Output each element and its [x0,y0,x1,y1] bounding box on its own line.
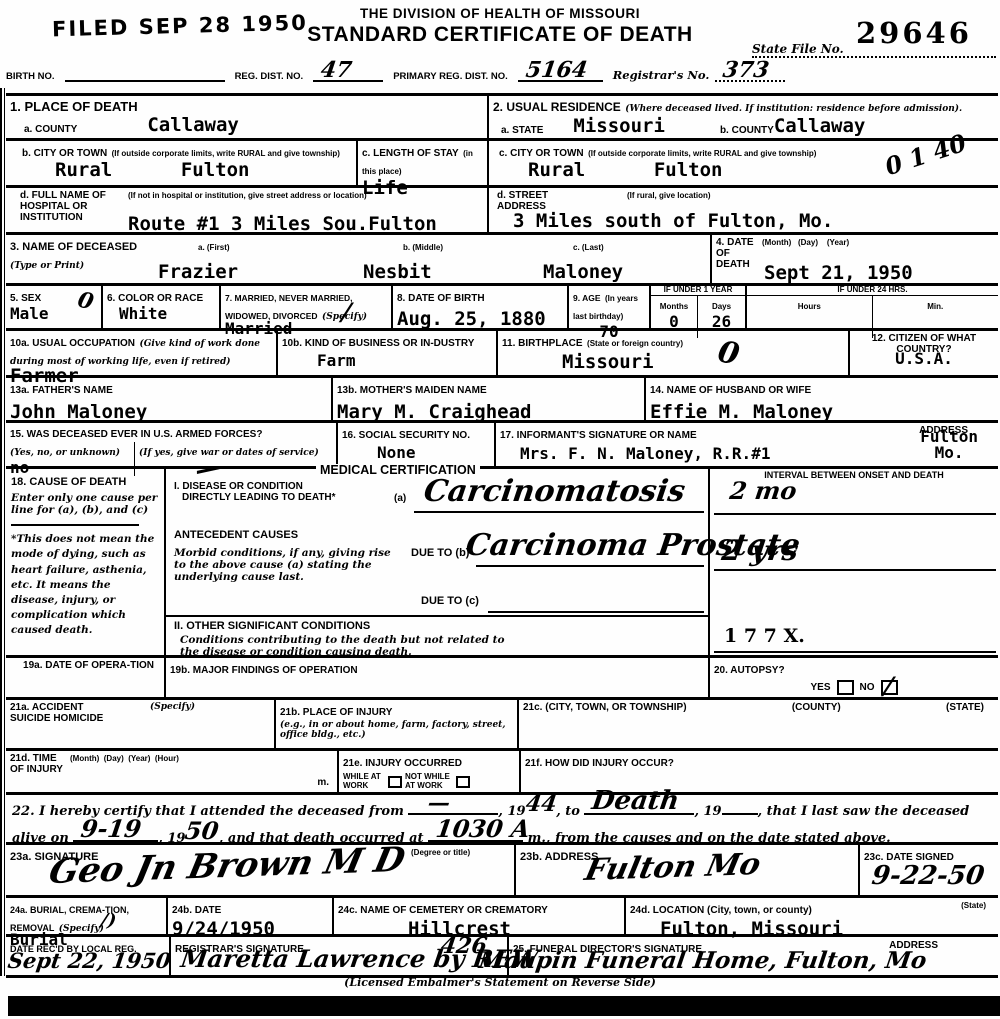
birth-no-blank [65,80,225,82]
autopsy-no-mark: ∕ [882,674,894,698]
date-of-birth-value: Aug. 25, 1880 [397,310,563,329]
injury-occurred-label: 21e. INJURY OCCURRED [343,758,462,769]
date-of-death-value: Sept 21, 1950 [764,264,994,283]
color-race-label: 6. COLOR OR RACE [107,293,203,304]
medical-certification-cell: MEDICAL CERTIFICATION I. DISEASE OR COND… [166,469,710,655]
hospital-label: d. FULL NAME OF HOSPITAL OR INSTITUTION [20,190,128,223]
color-race-value: White [119,306,215,322]
certify-mid3b: , that I last saw the deceased [758,804,970,819]
county-value: Callaway [147,116,239,135]
cause-note-1: Enter only one cause per line for (a), (… [11,492,159,516]
cemetery-cell: 24c. NAME OF CEMETERY OR CREMATORY Hillc… [334,898,626,934]
father-name-cell: 13a. FATHER'S NAME John Maloney [6,378,333,420]
residence-county-label: b. COUNTY [720,125,774,136]
time-of-injury-cell: 21d. TIME OF INJURY (Month) (Day) (Year)… [6,751,339,792]
autopsy-label: 20. AUTOPSY? [714,665,785,676]
bottom-scan-bar [8,996,1000,1016]
reg-dist-label: REG. DIST. NO. [235,72,304,82]
cemetery-label: 24c. NAME OF CEMETERY OR CREMATORY [338,905,548,916]
line-a-rule [414,511,704,513]
date-signed-cell: 23c. DATE SIGNED 9-22-50 [860,845,998,895]
date-of-operation-cell: 19a. DATE OF OPERA-TION [6,658,166,697]
certify-hand6: 1030 A [434,817,531,841]
date-of-death-cell: 4. DATE OF DEATH (Month) (Day) (Year) Se… [712,235,998,283]
date-signed-handwriting: 9-22-50 [870,863,986,889]
burial-handwritten-mark: /) [100,912,118,930]
place-of-injury-note: (e.g., in or about home, farm, factory, … [280,720,513,741]
place-of-injury-cell: 21b. PLACE OF INJURY (e.g., in or about … [276,700,519,748]
certify-hand5: 50 [184,819,221,843]
registrar-signature-cell: REGISTRAR'S SIGNATURE 426 Maretta Lawren… [171,937,509,975]
row-burial: 24a. BURIAL, CREMA-TION, REMOVAL (Specif… [6,898,998,937]
registrar-no-blank: 373 [715,80,785,82]
name-label-note: (Type or Print) [10,261,84,271]
certificate-header: FILED SEP 28 1950 THE DIVISION OF HEALTH… [0,0,1000,93]
injury-city-label: 21c. (CITY, TOWN, OR TOWNSHIP) [523,702,687,713]
informant-address-value: Fulton Mo. [920,429,978,461]
hours-label: Hours [798,302,821,311]
funeral-director-handwriting: Maupin Funeral Home, Fulton, Mo [477,949,928,972]
ssn-value: None [377,445,490,461]
reg-dist-blank: 47 [313,80,383,82]
physician-address-cell: 23b. ADDRESS Fulton Mo [516,845,860,895]
certify-mid6: m., from the causes and on the date stat… [528,831,891,846]
filed-date-stamp: FILED SEP 28 1950 [52,11,308,42]
mother-name-value: Mary M. Craighead [337,403,640,422]
place-city-cell: b. CITY OR TOWN (If outside corporate li… [6,141,358,185]
months-value: 0 [651,314,697,330]
burial-location-state-note: (State) [961,902,986,911]
hospital-cell: d. FULL NAME OF HOSPITAL OR INSTITUTION … [6,188,489,232]
date-received-cell: DATE REC'D BY LOCAL REG. Sept 22, 1950 [6,937,171,975]
accident-suicide-label: 21a. ACCIDENT SUICIDE HOMICIDE [10,702,120,724]
father-name-value: John Maloney [10,403,327,422]
place-of-injury-label: 21b. PLACE OF INJURY [280,707,392,718]
certify-pre2: alive on [12,831,69,846]
ssn-label: 16. SOCIAL SECURITY NO. [342,430,470,441]
interval-a-handwriting: 2 mo [728,479,798,503]
row-name-dod: 3. NAME OF DECEASED (Type or Print) a. (… [6,235,998,286]
row-occupation-birthplace: 10a. USUAL OCCUPATION (Give kind of work… [6,331,998,378]
physician-address-handwriting: Fulton Mo [582,850,763,886]
autopsy-yes-label: YES [810,682,830,693]
street-address-value: 3 Miles south of Fulton, Mo. [513,212,994,231]
place-of-death-title: 1. PLACE OF DEATH [10,99,138,114]
disease-condition-label-1: I. DISEASE OR CONDITION [174,481,336,492]
row-parents-spouse: 13a. FATHER'S NAME John Maloney 13b. MOT… [6,378,998,423]
certificate-form: 1. PLACE OF DEATH a. COUNTY Callaway 2. … [6,93,998,978]
interval-a-rule [714,513,996,515]
burial-date-cell: 24b. DATE 9/24/1950 [168,898,334,934]
how-injury-occurred-label: 21f. HOW DID INJURY OCCUR? [525,758,674,769]
autopsy-no-checkbox: ∕ [881,680,898,695]
row-operation-autopsy: 19a. DATE OF OPERA-TION 19b. MAJOR FINDI… [6,658,998,700]
certify-mid2: , to [556,804,580,819]
other-conditions-label: II. OTHER SIGNIFICANT CONDITIONS [174,620,370,632]
not-while-at-work-checkbox [456,776,470,788]
primary-reg-number: 5164 [524,59,588,81]
burial-date-label: 24b. DATE [172,905,221,916]
row-place-residence-2: b. CITY OR TOWN (If outside corporate li… [6,141,998,188]
hospital-value: Route #1 3 Miles Sou.Fulton [128,215,483,234]
while-at-work-label: WHILE AT WORK [343,773,385,791]
occupation-label: 10a. USUAL OCCUPATION [10,338,135,349]
cause-a-handwriting: Carcinomatosis [422,477,687,507]
usual-residence-cell: 2. USUAL RESIDENCE (Where deceased lived… [489,96,998,138]
residence-city-note: (If outside corporate limits, write RURA… [588,149,816,158]
due-to-b-label: DUE TO (b) [411,547,469,559]
first-name-value: Frazier [158,263,363,282]
citizenship-value: U.S.A. [854,351,994,367]
funeral-director-cell: 25. FUNERAL DIRECTOR'S SIGNATURE ADDRESS… [509,937,998,975]
row-physician-signature: 23a. SIGNATURE (Degree or title) Geo Jn … [6,845,998,898]
autopsy-yes-checkbox [837,680,854,695]
usual-residence-title: 2. USUAL RESIDENCE [493,100,621,114]
name-label: 3. NAME OF DECEASED [10,241,137,253]
row-injury-2: 21d. TIME OF INJURY (Month) (Day) (Year)… [6,751,998,795]
months-label: Months [660,302,688,311]
middle-name-label: b. (Middle) [403,243,443,252]
residence-state-value: Missouri [573,117,665,136]
registration-line: BIRTH NO. REG. DIST. NO. 47 PRIMARY REG.… [6,68,998,82]
row-place-residence-3: d. FULL NAME OF HOSPITAL OR INSTITUTION … [6,188,998,235]
age-label: 9. AGE [573,293,601,303]
spouse-name-cell: 14. NAME OF HUSBAND OR WIFE Effie M. Mal… [646,378,998,420]
left-edge-rule [0,88,5,976]
spouse-name-value: Effie M. Maloney [650,403,994,422]
burial-location-cell: 24d. LOCATION (City, town, or county) (S… [626,898,998,934]
street-address-label: d. STREET ADDRESS [497,190,567,212]
length-of-stay-cell: c. LENGTH OF STAY (in this place) Life [358,141,489,185]
burial-location-label: 24d. LOCATION (City, town, or county) [630,905,812,916]
certify-blank4: 9-19 [73,840,158,842]
row-cause-of-death: 18. CAUSE OF DEATH Enter only one cause … [6,469,998,658]
mother-name-cell: 13b. MOTHER'S MAIDEN NAME Mary M. Craigh… [333,378,646,420]
major-findings-cell: 19b. MAJOR FINDINGS OF OPERATION [166,658,710,697]
sex-label: 5. SEX [10,293,41,304]
row-place-residence-1: 1. PLACE OF DEATH a. COUNTY Callaway 2. … [6,96,998,141]
citizenship-cell: 12. CITIZEN OF WHAT COUNTRY? U.S.A. [850,331,998,375]
place-of-death-county-cell: 1. PLACE OF DEATH a. COUNTY Callaway [6,96,489,138]
days-value: 26 [698,314,745,330]
color-race-cell: 6. COLOR OR RACE White [103,286,221,328]
registrar-no-label: Registrar's No. [613,68,710,82]
signature-degree-note: (Degree or title) [411,849,470,858]
time-of-injury-label: 21d. TIME OF INJURY [10,753,70,775]
certify-blank6: 1030 A [428,840,523,842]
place-city-note: (If outside corporate limits, write RURA… [112,149,340,158]
industry-cell: 10b. KIND OF BUSINESS OR IN-DUSTRY Farm [278,331,498,375]
state-file-dotted-line [752,56,996,58]
interval-b-handwriting: 2 yrs [720,537,800,565]
usual-residence-note: (Where deceased lived. If institution: r… [625,104,962,114]
antecedent-causes-note: Morbid conditions, if any, giving rise t… [174,547,404,583]
residence-city-cell: c. CITY OR TOWN (If outside corporate li… [489,141,998,185]
other-conditions-note: Conditions contributing to the death but… [180,634,510,658]
birthplace-note: (State or foreign country) [587,339,683,348]
autopsy-no-label: NO [860,682,875,693]
certify-blank3: Death [584,813,694,815]
cause-notes-divider [11,524,139,526]
days-label: Days [712,302,731,311]
residence-county-value: Callaway [774,117,866,136]
death-certificate-document: FILED SEP 28 1950 THE DIVISION OF HEALTH… [0,0,1000,1019]
ssn-cell: 16. SOCIAL SECURITY NO. None [338,423,496,466]
under-24-hrs-label: IF UNDER 24 HRS. [747,286,998,296]
interval-code-handwriting: 1 7 7 X. [724,627,805,646]
line-c-rule [488,611,704,613]
informant-cell: 17. INFORMANT'S SIGNATURE OR NAME Mrs. F… [496,423,998,466]
last-name-label: c. (Last) [573,243,604,252]
section-ii-divider [166,615,708,617]
row-sex-race-age: 5. SEX Male 0 6. COLOR OR RACE White 7. … [6,286,998,331]
certify-blank3b [722,813,758,815]
how-injury-occurred-cell: 21f. HOW DID INJURY OCCUR? [521,751,998,792]
residence-city-label: c. CITY OR TOWN [499,148,584,159]
disease-condition-label-2: DIRECTLY LEADING TO DEATH* [182,492,336,503]
date-of-operation-label: 19a. DATE OF OPERA-TION [10,660,160,671]
street-address-note: (If rural, give location) [627,192,711,212]
interval-cell: INTERVAL BETWEEN ONSET AND DEATH 2 mo 2 … [710,469,998,655]
residence-state-label: a. STATE [501,125,543,136]
length-of-stay-label: c. LENGTH OF STAY [362,148,459,159]
injury-occurred-cell: 21e. INJURY OCCURRED WHILE AT WORK NOT W… [339,751,521,792]
armed-forces-cell: 15. WAS DECEASED EVER IN U.S. ARMED FORC… [6,423,338,466]
birth-no-label: BIRTH NO. [6,72,55,82]
age-cell: 9. AGE (In years last birthday) 70 [569,286,651,328]
certify-mid4: , 19 [158,831,185,846]
sex-cell: 5. SEX Male 0 [6,286,103,328]
time-of-injury-m: m. [317,777,329,788]
cause-of-death-notes-cell: 18. CAUSE OF DEATH Enter only one cause … [6,469,166,655]
row-forces-ssn-informant: 15. WAS DECEASED EVER IN U.S. ARMED FORC… [6,423,998,469]
major-findings-label: 19b. MAJOR FINDINGS OF OPERATION [170,665,358,676]
name-of-deceased-cell: 3. NAME OF DECEASED (Type or Print) a. (… [6,235,712,283]
industry-value: Farm [317,353,492,369]
header-titles: THE DIVISION OF HEALTH OF MISSOURI STAND… [280,6,720,47]
reg-dist-number: 47 [320,59,354,81]
physician-signature-handwriting: Geo Jn Brown M D [46,843,408,889]
cause-note-2: *This does not mean the mode of dying, s… [11,532,159,639]
birthplace-value: Missouri [562,353,844,372]
not-while-at-work-label: NOT WHILE AT WORK [405,773,453,791]
age-under1yr-group: IF UNDER 1 YEAR Months 0 Days 26 [651,286,747,328]
informant-label: 17. INFORMANT'S SIGNATURE OR NAME [500,430,697,441]
armed-forces-note1: (Yes, no, or unknown) [10,448,120,458]
date-of-birth-cell: 8. DATE OF BIRTH Aug. 25, 1880 [393,286,569,328]
armed-forces-note2: (If yes, give war or dates of service) [139,448,319,458]
place-city-label: b. CITY OR TOWN [22,148,107,159]
date-received-handwriting: Sept 22, 1950 [7,950,172,971]
first-name-label: a. (First) [198,243,230,252]
injury-location-cell: 21c. (CITY, TOWN, OR TOWNSHIP) (COUNTY) … [519,700,998,748]
date-of-death-label: 4. DATE OF DEATH [716,237,762,270]
occupation-cell: 10a. USUAL OCCUPATION (Give kind of work… [6,331,278,375]
certify-hand4: 9-19 [80,817,143,841]
while-at-work-checkbox [388,776,402,788]
due-to-c-label: DUE TO (c) [421,595,479,607]
time-of-injury-columns: (Month) (Day) (Year) (Hour) [70,755,179,775]
row-injury-1: 21a. ACCIDENT SUICIDE HOMICIDE (Specify)… [6,700,998,751]
date-of-birth-label: 8. DATE OF BIRTH [397,293,485,304]
accident-suicide-note: (Specify) [150,702,195,724]
signature-cell: 23a. SIGNATURE (Degree or title) Geo Jn … [6,845,516,895]
birthplace-label: 11. BIRTHPLACE [502,338,583,349]
min-label: Min. [927,302,943,311]
burial-type-cell: 24a. BURIAL, CREMA-TION, REMOVAL (Specif… [6,898,168,934]
marital-status-cell: 7. MARRIED, NEVER MARRIED, WIDOWED, DIVO… [221,286,393,328]
injury-county-label: (COUNTY) [792,702,841,713]
line-a-tag: (a) [394,493,406,504]
birthplace-cell: 11. BIRTHPLACE (State or foreign country… [498,331,850,375]
cause-of-death-label: 18. CAUSE OF DEATH [11,476,126,488]
place-city-value: Rural Fulton [55,161,352,180]
last-name-value: Maloney [543,263,706,282]
certify-hand1: — [427,792,452,814]
certify-hand3: Death [591,788,682,814]
primary-reg-label: PRIMARY REG. DIST. NO. [393,72,508,82]
issuing-division: THE DIVISION OF HEALTH OF MISSOURI [280,6,720,21]
interval-code-rule [714,651,996,653]
certify-mid3: , 19 [694,804,721,819]
certify-hand2: 44 [524,793,558,815]
state-file-no-label: State File No. [752,42,844,56]
industry-label: 10b. KIND OF BUSINESS OR IN-DUSTRY [282,338,474,349]
autopsy-cell: 20. AUTOPSY? YES NO ∕ [710,658,998,697]
mother-name-label: 13b. MOTHER'S MAIDEN NAME [337,385,487,396]
injury-state-label: (STATE) [946,702,984,713]
registrar-number: 373 [722,59,771,81]
row-certify-statement: 22. I hereby certify that I attended the… [6,795,998,845]
age-under24hr-group: IF UNDER 24 HRS. Hours Min. [747,286,998,328]
street-address-cell: d. STREET ADDRESS (If rural, give locati… [489,188,998,232]
accident-suicide-cell: 21a. ACCIDENT SUICIDE HOMICIDE (Specify) [6,700,276,748]
middle-name-value: Nesbit [363,263,543,282]
line-b-rule [476,565,704,567]
armed-forces-label: 15. WAS DECEASED EVER IN U.S. ARMED FORC… [10,429,262,440]
row-registrar-funeral: DATE REC'D BY LOCAL REG. Sept 22, 1950 R… [6,937,998,978]
interval-b-rule [714,569,996,571]
state-file-number: 29646 [856,16,972,50]
under-1-year-label: IF UNDER 1 YEAR [651,286,745,296]
page-title: STANDARD CERTIFICATE OF DEATH [280,23,720,47]
embalmer-reverse-note: (Licensed Embalmer's Statement on Revers… [0,976,1000,989]
county-label: a. COUNTY [24,124,77,135]
father-name-label: 13a. FATHER'S NAME [10,385,113,396]
primary-reg-blank: 5164 [518,80,603,82]
antecedent-causes-label: ANTECEDENT CAUSES [174,529,298,541]
spouse-name-label: 14. NAME OF HUSBAND OR WIFE [650,385,811,396]
